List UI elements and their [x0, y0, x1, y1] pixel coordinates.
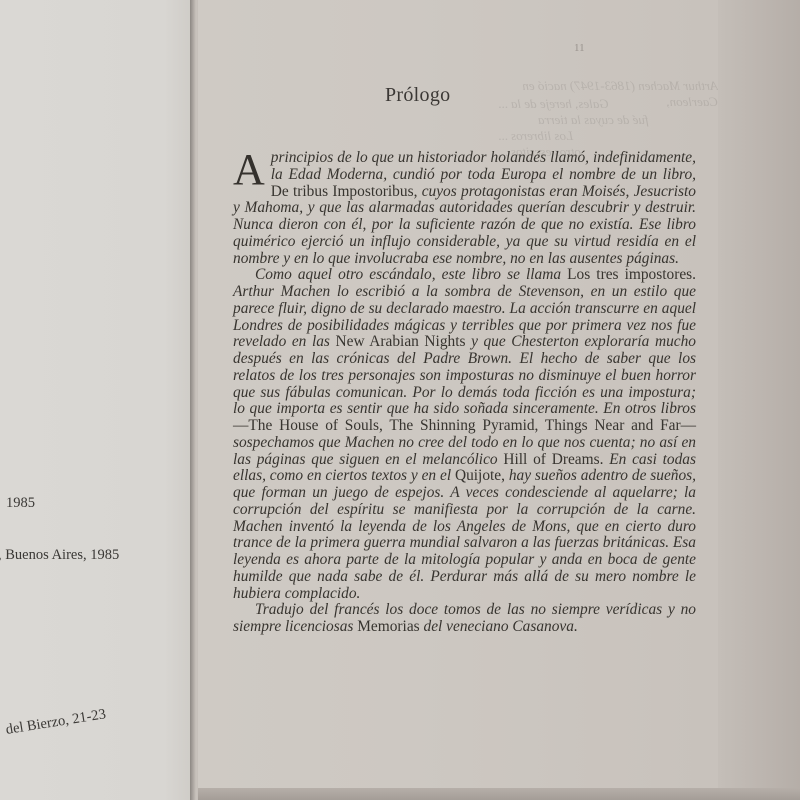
book-title: De tribus Impostoribus, — [271, 183, 418, 200]
left-page: 1985 , Buenos Aires, 1985 del Bierzo, 21… — [0, 0, 193, 800]
text-italic: del veneciano Casanova. — [420, 618, 578, 635]
imprint-address-line: del Bierzo, 21-23 — [5, 706, 107, 739]
imprint-publisher-line: , Buenos Aires, 1985 — [0, 547, 119, 564]
book-title: Hill of Dreams. — [503, 451, 603, 468]
show-through-text: Gales, hereje de la ... — [498, 96, 609, 112]
paragraph-2: Como aquel otro escándalo, este libro se… — [233, 267, 696, 602]
prologue-body: A principios de lo que un historiador ho… — [233, 150, 696, 636]
imprint-year: 1985 — [6, 495, 35, 512]
page-number: 11 — [574, 42, 585, 54]
book-titles-list: —The House of Souls, The Shinning Pyrami… — [233, 417, 696, 434]
chapter-title: Prólogo — [385, 84, 450, 107]
book-title: Los tres impostores. — [567, 266, 696, 283]
page-outer-margin — [718, 0, 800, 800]
paragraph-3: Tradujo del francés los doce tomos de la… — [233, 602, 696, 636]
book-title: New Arabian Nights — [336, 333, 466, 350]
book-title: Quijote, — [455, 467, 505, 484]
text-italic: hay sueños adentro de sueños, que forman… — [233, 467, 696, 601]
page-bottom-shadow — [198, 788, 800, 800]
text-italic: Como aquel otro escándalo, este libro se… — [255, 266, 567, 283]
text-italic: principios de lo que un historiador hola… — [271, 149, 696, 183]
book-title: Memorias — [357, 618, 419, 635]
show-through-text: Los libreros ... — [498, 128, 573, 144]
show-through-text: fué de cuyas la tierra — [538, 112, 648, 128]
paragraph-1: A principios de lo que un historiador ho… — [233, 150, 696, 267]
drop-cap: A — [233, 153, 265, 187]
